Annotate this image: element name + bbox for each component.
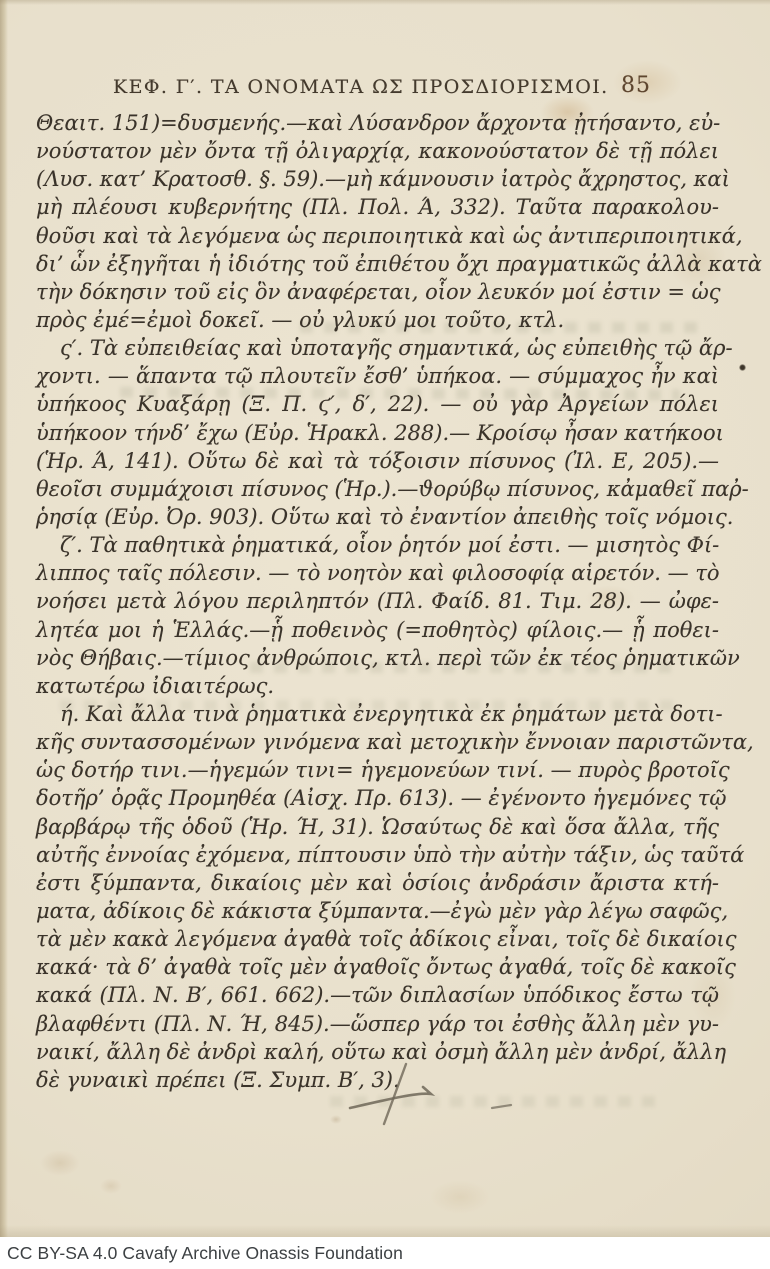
text-line: νούστατον μὲν ὄντα τῇ ὀλιγαρχίᾳ, κακονού… <box>36 137 719 165</box>
ink-speck <box>739 364 746 371</box>
text-line: χοντι. — ἅπαντα τῷ πλουτεῖν ἔσθ’ ὑπήκοα.… <box>36 362 719 390</box>
paragraph: ζ′. Τὰ παθητικὰ ῥηματικά, οἷον ῥητόν μοί… <box>36 531 719 700</box>
text-line: τὰ μὲν κακὰ λεγόμενα ἀγαθὰ τοῖς ἀδίκοις … <box>36 925 719 953</box>
pencil-cross-mark <box>340 1058 520 1130</box>
license-attribution-text: CC BY-SA 4.0 Cavafy Archive Onassis Foun… <box>7 1243 403 1264</box>
paper-stain <box>40 1150 80 1176</box>
text-line: θεοῖσι συμμάχοισι πίσυνος (Ἡρ.).—ϑορύβῳ … <box>36 475 719 503</box>
text-line: μὴ πλέουσι κυβερνήτης (Πλ. Πολ. Ά, 332).… <box>36 193 719 221</box>
text-line: κατωτέρω ἰδιαιτέρως. <box>36 672 719 700</box>
text-line: βαρβάρῳ τῆς ὁδοῦ (Ἡρ. Ή, 31). Ὡσαύτως δὲ… <box>36 813 719 841</box>
running-header: ΚΕΦ. Γ′. ΤΑ ΟΝΟΜΑΤΑ ΩΣ ΠΡΟΣΔΙΟΡΙΣΜΟΙ. <box>113 76 609 98</box>
text-line: τὴν δόκησιν τοῦ εἰς ὃν ἀναφέρεται, οἷον … <box>36 278 719 306</box>
text-line: ὑπήκοος Κυαξάρῃ (Ξ. Π. ϛ′, δ′, 22). — οὐ… <box>36 390 719 418</box>
page-number: 85 <box>621 73 651 98</box>
page-left-edge-shadow <box>0 0 8 1237</box>
text-line: Θεαιτ. 151)=δυσμενής.—καὶ Λύσανδρον ἄρχο… <box>36 109 719 137</box>
text-line: λητέα μοι ἡ Ἑλλάς.—ᾗ ποθεινὸς (=ποθητὸς)… <box>36 616 719 644</box>
text-line: ἐστι ξύμπαντα, δικαίοις μὲν καὶ ὁσίοις ἀ… <box>36 869 719 897</box>
text-line: ζ′. Τὰ παθητικὰ ῥηματικά, οἷον ῥητόν μοί… <box>36 531 719 559</box>
paper-stain <box>430 1180 490 1214</box>
text-line: ῥησίᾳ (Εὐρ. Ὀρ. 903). Οὕτω καὶ τὸ ἐναντί… <box>36 503 719 531</box>
text-line: νοήσει μετὰ λόγου περιληπτόν (Πλ. Φαίδ. … <box>36 587 719 615</box>
paper-stain <box>100 1178 122 1194</box>
text-line: πρὸς ἐμέ=ἐμοὶ δοκεῖ. — οὐ γλυκύ μοι τοῦτ… <box>36 306 719 334</box>
text-line: δι’ ὧν ἐξηγῆται ἡ ἰδιότης τοῦ ἐπιθέτου ὄ… <box>36 250 719 278</box>
scanned-page: { "page": { "header": { "chapter_title":… <box>0 0 770 1269</box>
page-top-edge-shadow <box>0 0 770 5</box>
attribution-bar: CC BY-SA 4.0 Cavafy Archive Onassis Foun… <box>0 1237 770 1269</box>
text-line: (Ἡρ. Ά, 141). Οὕτω δὲ καὶ τὰ τόξοισιν πί… <box>36 447 719 475</box>
text-line: ὡς δοτήρ τινι.—ἡγεμών τινι= ἡγεμονεύων τ… <box>36 756 719 784</box>
text-line: λιππος ταῖς πόλεσιν. — τὸ νοητὸν καὶ φιλ… <box>36 559 719 587</box>
text-line: ματα, ἀδίκοις δὲ κάκιστα ξύμπαντα.—ἐγὼ μ… <box>36 897 719 925</box>
text-line: αὐτῆς ἐννοίας ἐχόμενα, πίπτουσιν ὑπὸ τὴν… <box>36 841 719 869</box>
paragraph: ς′. Τὰ εὐπειθείας καὶ ὑποταγῆς σημαντικά… <box>36 334 719 531</box>
text-line: ή. Καὶ ἄλλα τινὰ ῥηματικὰ ἐνεργητικὰ ἐκ … <box>36 700 719 728</box>
paragraph: ή. Καὶ ἄλλα τινὰ ῥηματικὰ ἐνεργητικὰ ἐκ … <box>36 700 719 1094</box>
book-page-scan: ΚΕΦ. Γ′. ΤΑ ΟΝΟΜΑΤΑ ΩΣ ΠΡΟΣΔΙΟΡΙΣΜΟΙ. 85… <box>0 0 770 1237</box>
text-line: (Λυσ. κατ’ Κρατοσθ. §. 59).—μὴ κάμνουσιν… <box>36 165 719 193</box>
text-line: θοῦσι καὶ τὰ λεγόμενα ὡς περιποιητικὰ κα… <box>36 222 719 250</box>
text-line: δοτῆρ’ ὁρᾷς Προμηθέα (Αἰσχ. Πρ. 613). — … <box>36 784 719 812</box>
text-line: κῆς συντασσομένων γινόμενα καὶ μετοχικὴν… <box>36 728 719 756</box>
text-line: κακά (Πλ. Ν. Β′, 661. 662).—τῶν διπλασίω… <box>36 981 719 1009</box>
text-line: κακά· τὰ δ’ ἀγαθὰ τοῖς μὲν ἀγαθοῖς ὄντως… <box>36 953 719 981</box>
text-line: νὸς Θήβαις.—τίμιος ἀνθρώποις, κτλ. περὶ … <box>36 644 719 672</box>
paragraph: Θεαιτ. 151)=δυσμενής.—καὶ Λύσανδρον ἄρχο… <box>36 109 719 334</box>
text-line: ὑπήκοον τήνδ’ ἔχω (Εὐρ. Ἡρακλ. 288).— Κρ… <box>36 419 719 447</box>
text-line: βλαφθέντι (Πλ. Ν. Ή, 845).—ὥσπερ γάρ τοι… <box>36 1010 719 1038</box>
text-line: ς′. Τὰ εὐπειθείας καὶ ὑποταγῆς σημαντικά… <box>36 334 719 362</box>
page-bottom-edge-shadow <box>0 1225 770 1237</box>
body-text: Θεαιτ. 151)=δυσμενής.—καὶ Λύσανδρον ἄρχο… <box>36 109 719 1094</box>
